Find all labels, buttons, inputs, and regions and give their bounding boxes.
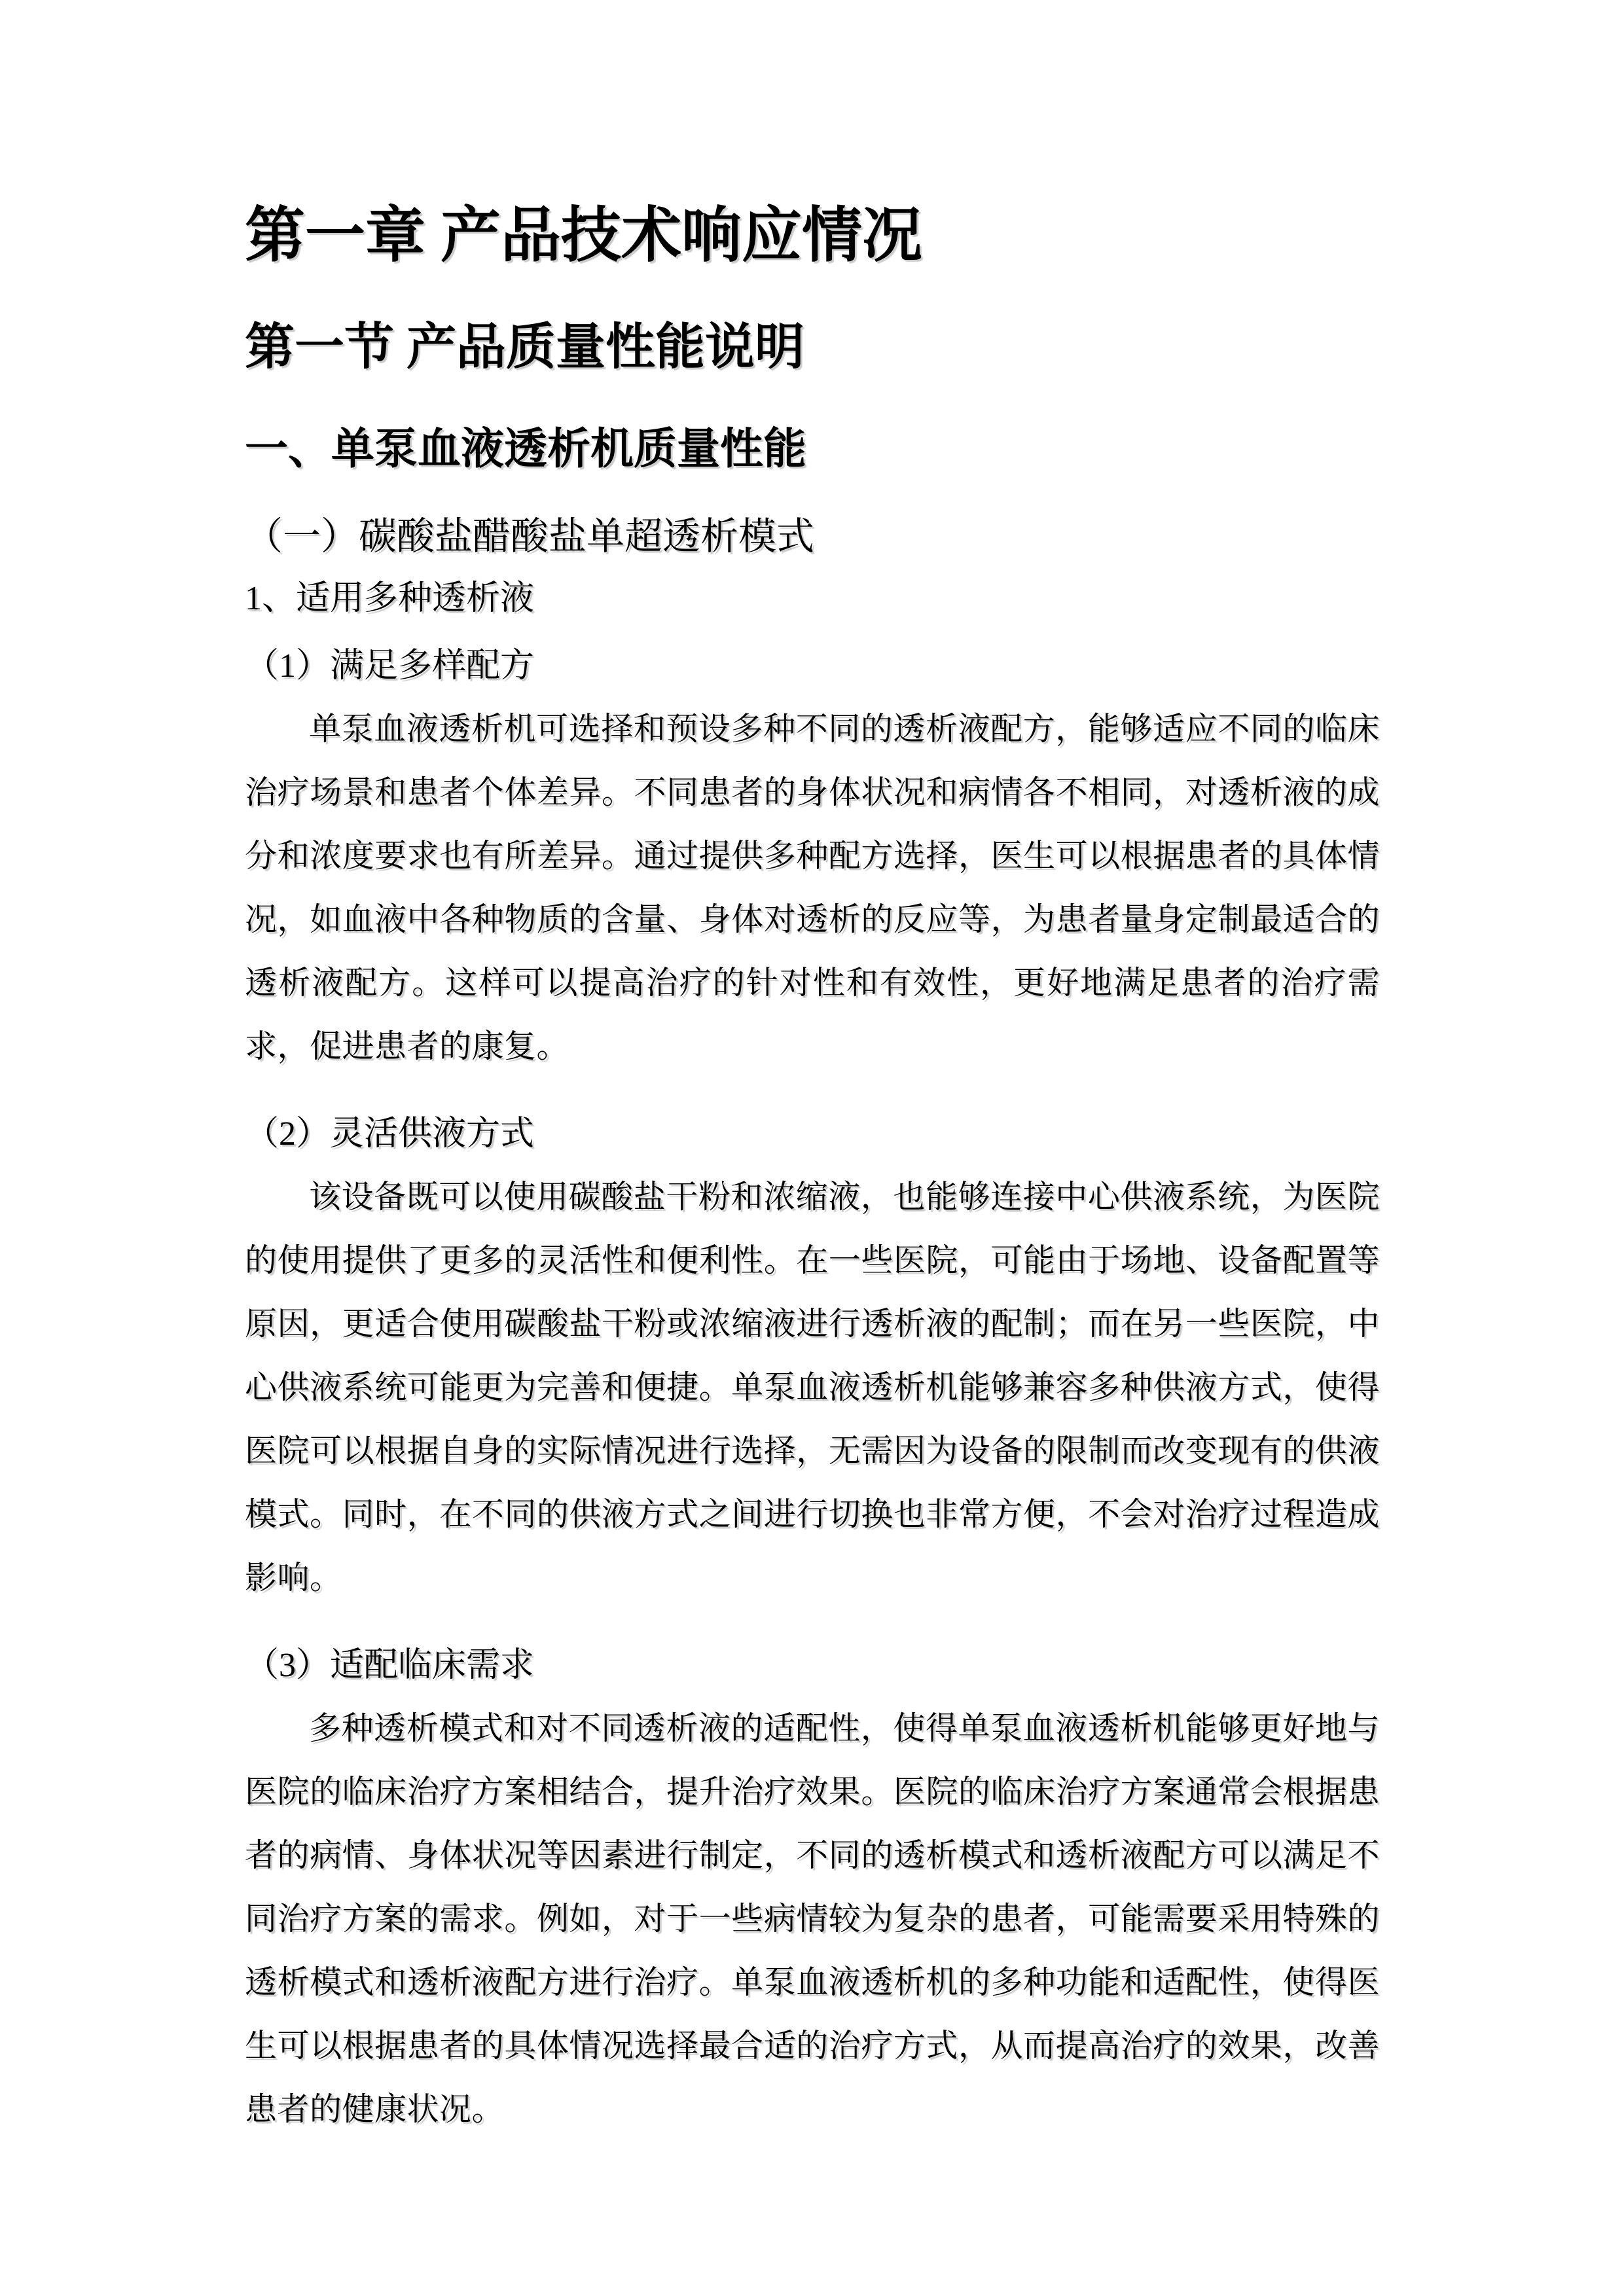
paragraph-3: 多种透析模式和对不同透析液的适配性，使得单泵血液透析机能够更好地与医院的临床治疗… xyxy=(245,1696,1380,2141)
chapter-heading: 第一章 产品技术响应情况 xyxy=(245,196,1380,275)
topic-heading: 一、单泵血液透析机质量性能 xyxy=(245,417,1380,482)
paragraph-2: 该设备既可以使用碳酸盐干粉和浓缩液，也能够连接中心供液系统，为医院的使用提供了更… xyxy=(245,1165,1380,1609)
document-page: 第一章 产品技术响应情况 第一节 产品质量性能说明 一、单泵血液透析机质量性能 … xyxy=(0,0,1624,2296)
sub-point-label-3: （3）适配临床需求 xyxy=(245,1634,1380,1696)
section-heading: 第一节 产品质量性能说明 xyxy=(245,311,1380,384)
sub-point-label-2: （2）灵活供液方式 xyxy=(245,1103,1380,1165)
point-heading: 1、适用多种透析液 xyxy=(245,567,1380,630)
sub-point-label-1: （1）满足多样配方 xyxy=(245,635,1380,697)
paragraph-1: 单泵血液透析机可选择和预设多种不同的透析液配方，能够适应不同的临床治疗场景和患者… xyxy=(245,697,1380,1078)
subtopic-heading: （一）碳酸盐醋酸盐单超透析模式 xyxy=(245,505,1380,567)
